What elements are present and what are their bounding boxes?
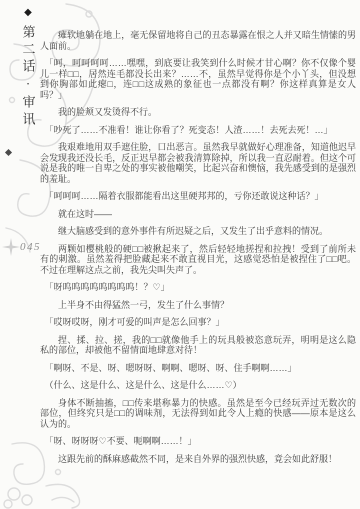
chapter-diamond-icon: ◆ (24, 7, 32, 19)
paragraph: 「吵死了……不准看！谁让你看了？死变态！人渣……！去死去死！…」 (40, 125, 356, 136)
paragraph: 身体不断抽搐，□□传来堪称暴力的快感。虽然是至今已经玩弄过无数次的部位，但终究只… (40, 398, 356, 430)
paragraph: 这跟先前的酥麻感截然不同，是来自外界的强烈快感，竟会如此舒服！ (40, 454, 356, 465)
paragraph: 「哎呀哎呀，刚才可爱的叫声是怎么回事？」 (40, 317, 356, 328)
book-page: ◆ 第二话·审讯 045 瘫软地躺在地上，毫无保留地将自己的丑态暴露在恨之人并又… (0, 0, 360, 509)
paragraph: 「呵呵呵……隔着衣服都能看出这里硬邦邦的，亏你还敢说这种话？」 (40, 191, 356, 202)
page-number: 045 (20, 241, 41, 253)
paragraph: 我的脸颊又发烫得不行。 (40, 107, 356, 118)
paragraph: 「呀呜呜呜呜呜呜呜呜！？♡」 (40, 282, 356, 293)
sparkle-icon (2, 238, 20, 256)
paragraph: 我艰难地用双手遮住脸，口出恶言。虽然我早就做好心理准备，知道他迟早会发现我还没长… (40, 142, 356, 184)
page-number-block: 045 (2, 238, 41, 256)
paragraph: 两颗如樱桃般的硬□□被揪起来了，然后轻轻地搓捏和拉拽！受到了前所未有的刺激。虽然… (40, 244, 356, 276)
chapter-header: ◆ 第二话·审讯 (19, 7, 37, 129)
paragraph: 继大脑感受到的意外事件有所迟疑之后，又发生了出乎意料的情况。 (40, 226, 356, 237)
paragraph: 就在这时—— (40, 209, 356, 220)
paragraph: 捏、揉、拉、搓，我的□□就像他手上的玩具般被恣意玩弄，明明是这么隐私的部位，却被… (40, 335, 356, 356)
paragraph: 「呵，呵呵呵呵……嘿嘿，到底要让我笑到什么时候才甘心啊？你不仅像个婴儿一样□□，… (40, 58, 356, 100)
novel-text: 瘫软地躺在地上，毫无保留地将自己的丑态暴露在恨之人并又暗生情愫的男人面前。「呵，… (40, 30, 356, 471)
chapter-title: 第二话·审讯 (19, 25, 38, 129)
paragraph: 瘫软地躺在地上，毫无保留地将自己的丑态暴露在恨之人并又暗生情愫的男人面前。 (40, 30, 356, 51)
divider-diamond-icon (5, 149, 12, 156)
paragraph: 「呀、呀呀呀♡不要、呃啊啊……！」 (40, 436, 356, 447)
paragraph: 「啊呀、不是、呀、嗯呀呀、啊啊、嗯呀、呀、住手啊啊……」 (40, 363, 356, 374)
paragraph: 上半身不由得猛然一弓，发生了什么事情？ (40, 300, 356, 311)
paragraph: （什么、这是什么、这是什么、这是什么……♡） (40, 380, 356, 391)
